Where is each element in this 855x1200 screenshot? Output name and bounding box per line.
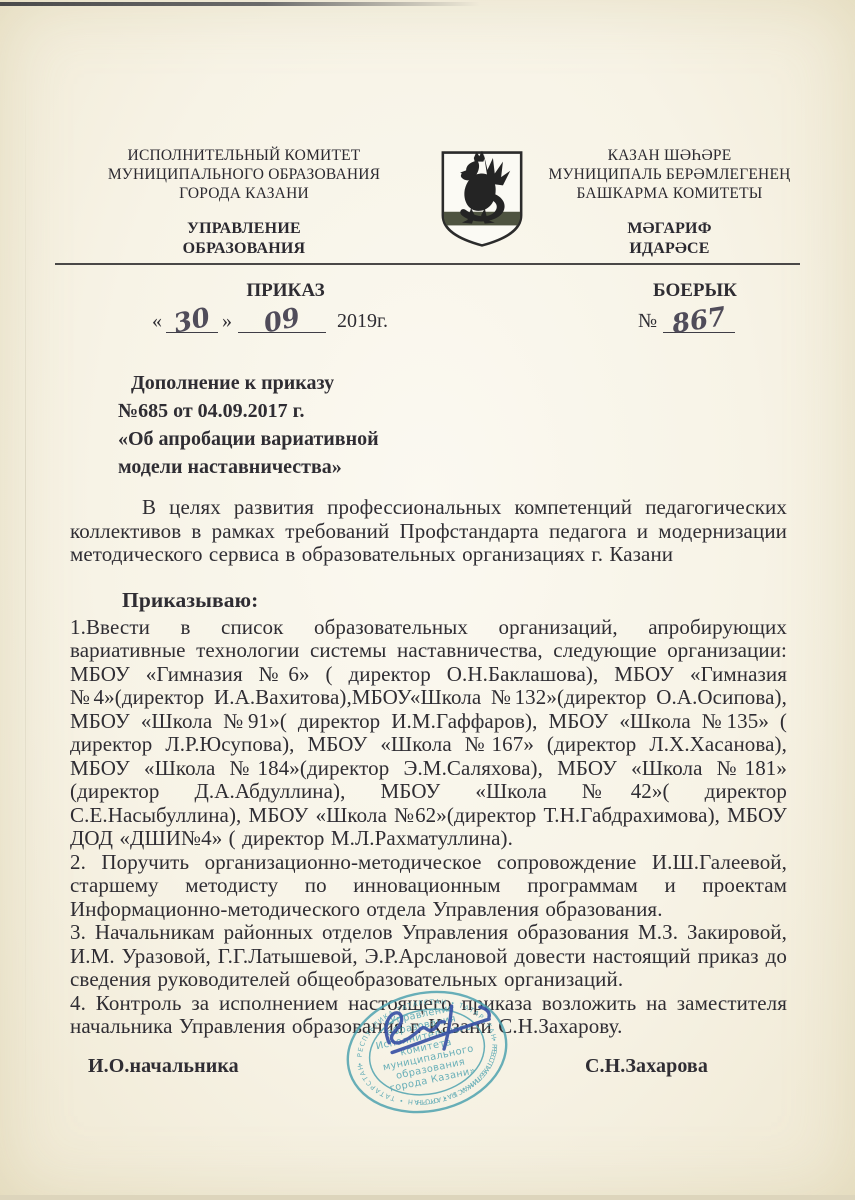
letterhead-left-dept-line: УПРАВЛЕНИЕ <box>58 219 430 239</box>
letterhead-left-org-line: ГОРОДА КАЗАНИ <box>58 184 430 203</box>
handwritten-number: 867 <box>670 304 728 338</box>
letterhead-right-column: КАЗАН ШӘҺӘРЕ МУНИЦИПАЛЬ БЕРӘМЛЕГЕНЕҢ БАШ… <box>534 146 805 259</box>
letterhead-right-dept-line: ИДАРӘСЕ <box>534 239 805 259</box>
letterhead-left-column: ИСПОЛНИТЕЛЬНЫЙ КОМИТЕТ МУНИЦИПАЛЬНОГО ОБ… <box>58 146 430 259</box>
order-subject-block: Дополнение к приказу №685 от 04.09.2017 … <box>118 369 458 481</box>
order-item-3: 3. Начальникам районных отделов Управлен… <box>70 921 787 992</box>
subject-line: №685 от 04.09.2017 г. <box>118 397 458 425</box>
quote-open: « <box>152 310 162 332</box>
intro-paragraph: В целях развития профессиональных компет… <box>70 496 787 567</box>
scan-artifact-left-crease <box>25 60 26 1140</box>
letterhead: ИСПОЛНИТЕЛЬНЫЙ КОМИТЕТ МУНИЦИПАЛЬНОГО ОБ… <box>0 0 855 259</box>
coat-of-arms-svg <box>435 148 529 250</box>
subject-line: модели наставничества» <box>118 453 458 481</box>
number-blank: 867 <box>663 310 735 333</box>
scan-artifact-top-line <box>0 2 480 6</box>
signature-name: С.Н.Захарова <box>585 1055 708 1078</box>
scanned-order-document: ИСПОЛНИТЕЛЬНЫЙ КОМИТЕТ МУНИЦИПАЛЬНОГО ОБ… <box>0 0 855 1200</box>
subject-line: «Об апробации вариативной <box>118 425 458 453</box>
order-title-russian: ПРИКАЗ <box>178 280 393 302</box>
letterhead-left-org-line: ИСПОЛНИТЕЛЬНЫЙ КОМИТЕТ <box>58 146 430 165</box>
order-number: №867 <box>638 310 735 333</box>
letterhead-right-org-line: БАШКАРМА КОМИТЕТЫ <box>534 184 805 203</box>
order-title-tatar: БОЕРЫК <box>645 280 745 302</box>
subject-line: Дополнение к приказу <box>118 369 458 397</box>
date-day-blank: 30 <box>166 310 218 333</box>
order-item-2: 2. Поручить организационно-методическое … <box>70 851 787 922</box>
date-year: 2019г. <box>337 310 388 332</box>
date-month-blank: 09 <box>238 310 326 333</box>
letterhead-left-dept-line: ОБРАЗОВАНИЯ <box>58 239 430 259</box>
order-title-row: ПРИКАЗ БОЕРЫК <box>0 280 855 304</box>
order-item-1: 1.Ввести в список образовательных органи… <box>70 616 787 851</box>
letterhead-right-org-line: МУНИЦИПАЛЬ БЕРӘМЛЕГЕНЕҢ <box>534 165 805 184</box>
order-date: «30»09 2019г. <box>152 310 388 333</box>
number-sign: № <box>638 310 657 332</box>
quote-close: » <box>222 310 232 332</box>
resolve-label: Приказываю: <box>122 588 787 613</box>
handwritten-day: 30 <box>172 305 213 338</box>
letterhead-left-org-line: МУНИЦИПАЛЬНОГО ОБРАЗОВАНИЯ <box>58 165 430 184</box>
signature-strokes <box>384 1002 492 1055</box>
kazan-coat-of-arms-icon <box>430 148 534 250</box>
order-date-number-row: «30»09 2019г. №867 <box>0 308 855 342</box>
signature-position-title: И.О.начальника <box>88 1055 239 1078</box>
scan-artifact-bottom-edge <box>0 1195 855 1200</box>
handwritten-month: 09 <box>262 305 303 338</box>
letterhead-right-dept-line: МӘГАРИФ <box>534 219 805 239</box>
letterhead-divider-rule <box>55 263 800 265</box>
letterhead-right-org-line: КАЗАН ШӘҺӘРЕ <box>534 146 805 165</box>
